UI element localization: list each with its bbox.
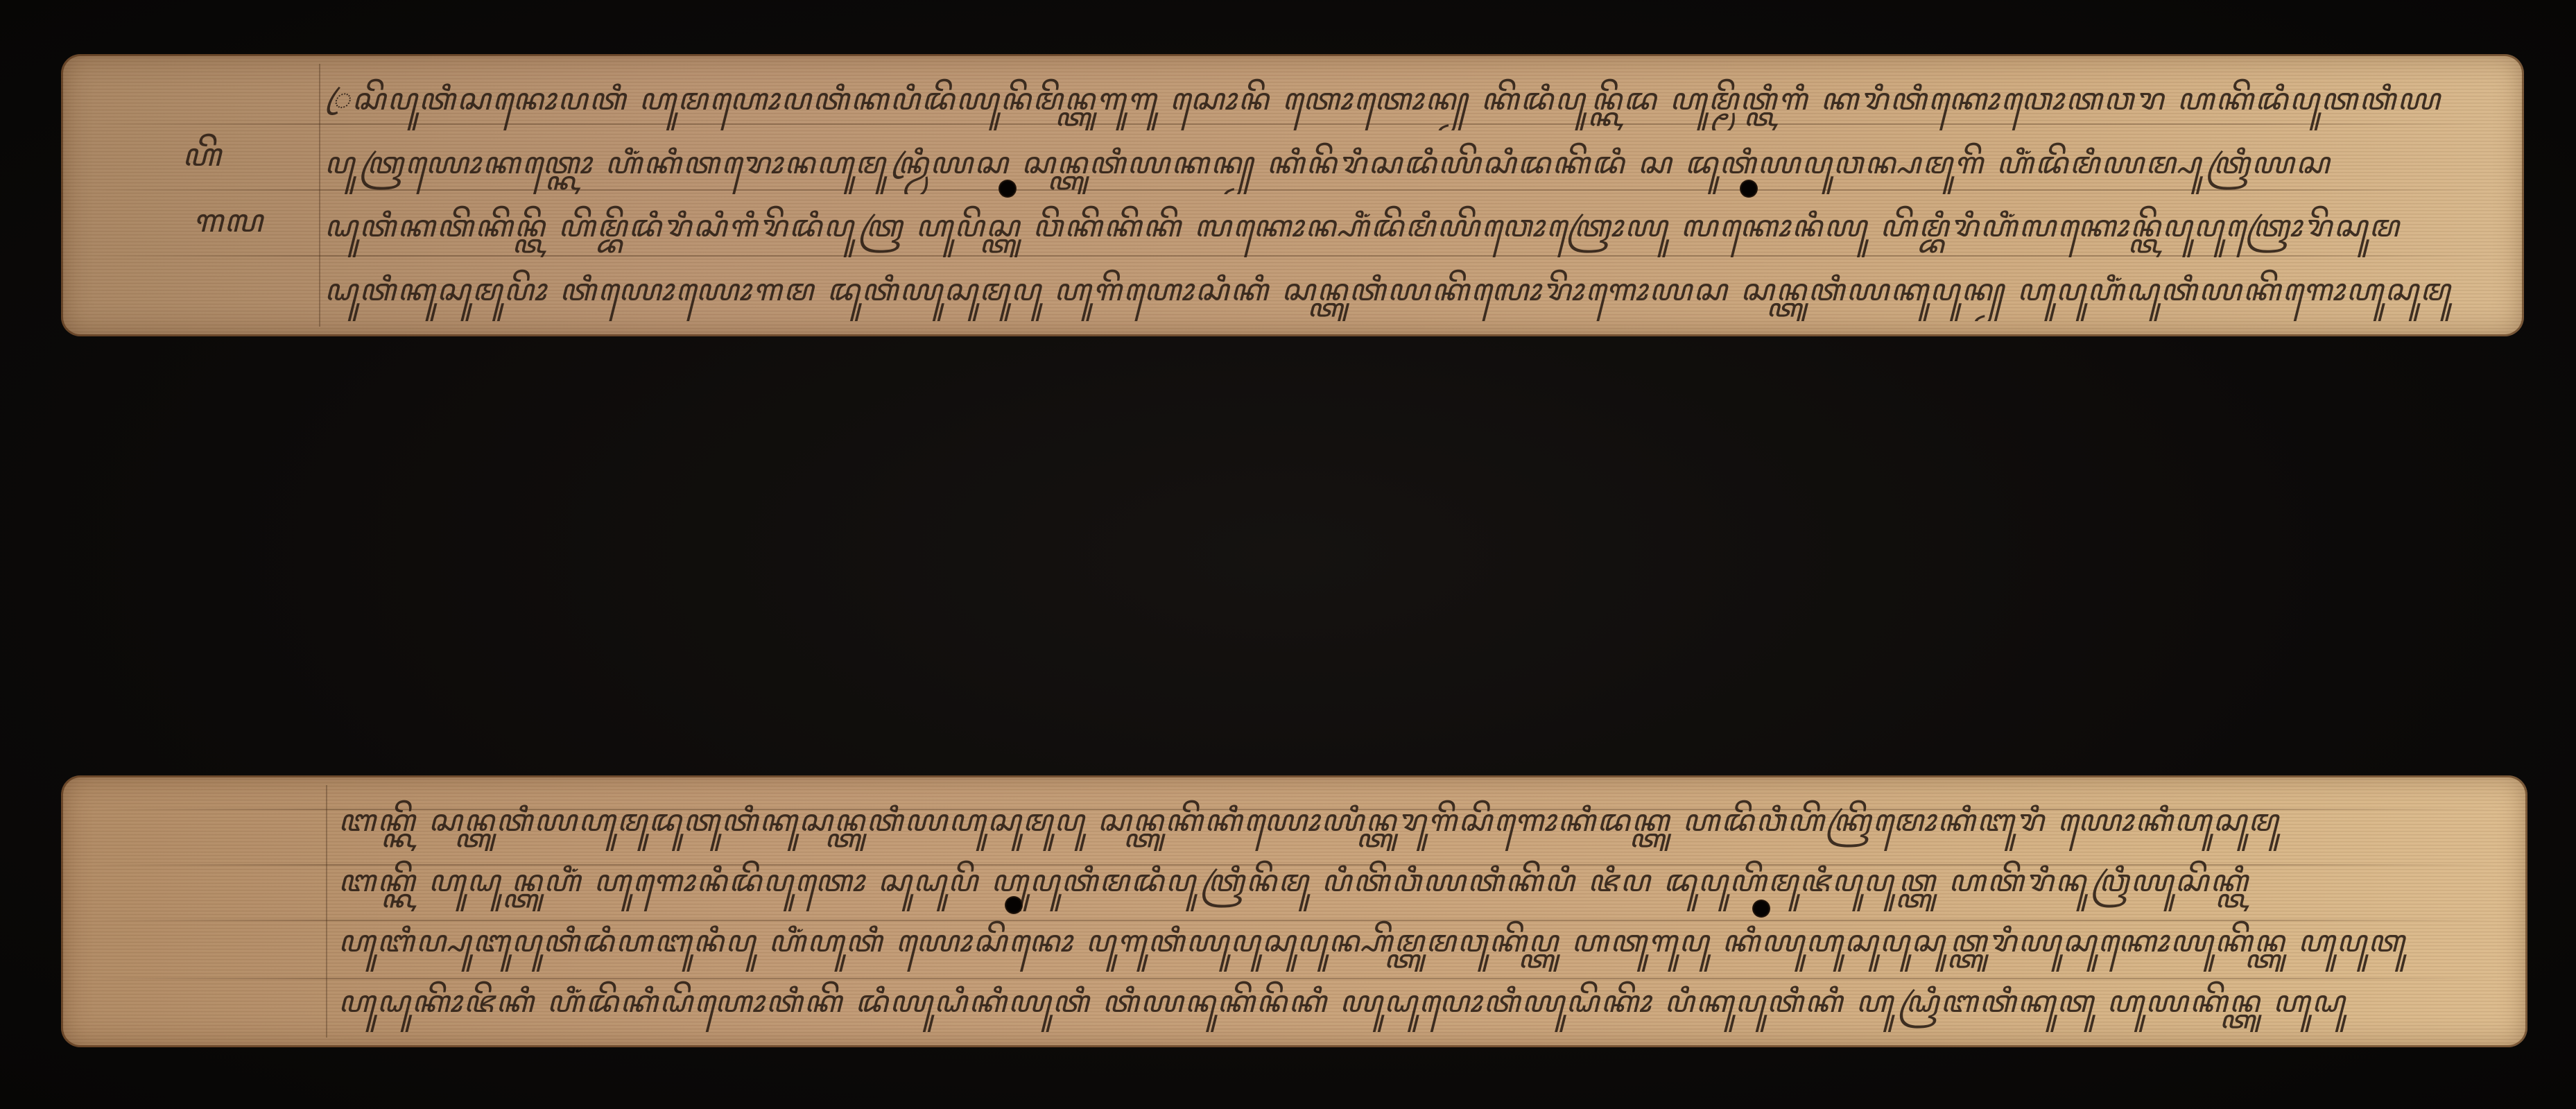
text-line: ꦲꦸꦧꦶꦥ꧀ꦥꦸꦧꦸꦥꦸꦠꦶꦢꦶꦲꦧꦸꦤꦶꦥꦸ ꦲꦶꦁꦲꦸꦠꦶ ꦪꦺꦴꦱꦼꦤꦺꦴ… — [338, 911, 2479, 972]
text-line: ꦧꦏ꧀ꦏꦼ ꦱꦤ꧀ꦠꦸꦠꦶꦪꦲꦸꦩꦸꦢꦸꦠꦸꦠꦶꦏꦸꦱꦤ꧀ꦠꦸꦠꦶꦪꦲꦸꦱꦸꦩꦸ… — [338, 791, 2479, 851]
binding-hole — [999, 180, 1017, 198]
text-line: ꦝꦸꦠꦶꦏꦠꦼꦏꦼꦤ꧀ꦠꦼ ꦲꦼꦩ꧀ꦧꦼꦢꦶꦫꦶꦱꦶꦒꦶꦫꦼꦢꦶꦥꦸꦠꦿ ꦲꦸꦥ… — [325, 196, 2475, 257]
binding-hole — [1740, 180, 1758, 198]
manuscript-text: ꦧꦏ꧀ꦏꦼ ꦱꦤ꧀ꦠꦸꦠꦶꦪꦲꦸꦩꦸꦢꦸꦠꦸꦠꦶꦏꦸꦱꦤ꧀ꦠꦸꦠꦶꦪꦲꦸꦱꦸꦩꦸ… — [338, 791, 2479, 1032]
folio-number-lower: ꧑꧗ — [193, 196, 263, 261]
binding-hole — [1752, 900, 1770, 918]
text-line: ꦥꦸꦠꦿꦪꦺꦴꦏꦠ꧀ꦏꦺꦴ ꦲꦶꦁꦏꦶꦠꦫꦺꦴꦤꦲꦸꦩꦸꦤ꧀ꦮꦿꦶꦪꦱ ꦱꦤ꧀ꦠ… — [325, 133, 2475, 194]
margin-ruling-line — [319, 64, 320, 327]
palm-leaf-bottom: ꦧꦏ꧀ꦏꦼ ꦱꦤ꧀ꦠꦸꦠꦶꦪꦲꦸꦩꦸꦢꦸꦠꦸꦠꦶꦏꦸꦱꦤ꧀ꦠꦸꦠꦶꦪꦲꦸꦱꦸꦩꦸ… — [61, 775, 2527, 1047]
margin-ruling-line — [326, 785, 327, 1038]
binding-hole — [1005, 896, 1023, 914]
text-line: ꦲꦸꦝꦸꦏꦼꦴꦗꦼꦏꦶ ꦲꦶꦁꦢꦼꦏꦶꦝꦼꦲꦺꦴꦠꦶꦏꦼ ꦢꦶꦪꦸꦝꦶꦏꦶꦪꦸꦠ… — [338, 972, 2479, 1032]
palm-leaf-top: ꦲꦼ ꧑꧗ ꦿꦱꦼꦥꦸꦠꦶꦱꦤꦺꦴꦥꦠꦶ ꦲꦸꦩꦲꦺꦴꦥꦠꦶꦏꦥꦶꦢꦼꦪꦸꦤꦼꦩ… — [61, 54, 2524, 336]
manuscript-text: ꦿꦱꦼꦥꦸꦠꦶꦱꦤꦺꦴꦥꦠꦶ ꦲꦸꦩꦲꦺꦴꦥꦠꦶꦏꦥꦶꦢꦼꦪꦸꦤꦼꦩꦼꦤ꧀ꦠꦸꦒ… — [325, 69, 2475, 321]
text-line: ꦧꦏ꧀ꦏꦼ ꦲꦸꦝꦸꦤ꧀ꦠꦸꦲꦶꦁ ꦲꦸꦒꦺꦴꦤꦶꦢꦼꦥꦸꦠꦺꦴ ꦱꦸꦝꦸꦥꦼ … — [338, 851, 2479, 911]
text-line: ꦝꦸꦠꦶꦏꦸꦱꦸꦩꦸꦥꦼꦴ ꦠꦶꦪꦺꦴꦪꦺꦴꦒꦩ ꦢꦸꦠꦶꦪꦸꦱꦸꦩꦸꦥꦸ ꦲꦸ… — [325, 260, 2475, 321]
text-line: ꦿꦱꦼꦥꦸꦠꦶꦱꦤꦺꦴꦥꦠꦶ ꦲꦸꦩꦲꦺꦴꦥꦠꦶꦏꦥꦶꦢꦼꦪꦸꦤꦼꦩꦼꦤ꧀ꦠꦸꦒ… — [325, 69, 2475, 130]
folio-number-upper: ꦲꦼ — [182, 130, 222, 196]
